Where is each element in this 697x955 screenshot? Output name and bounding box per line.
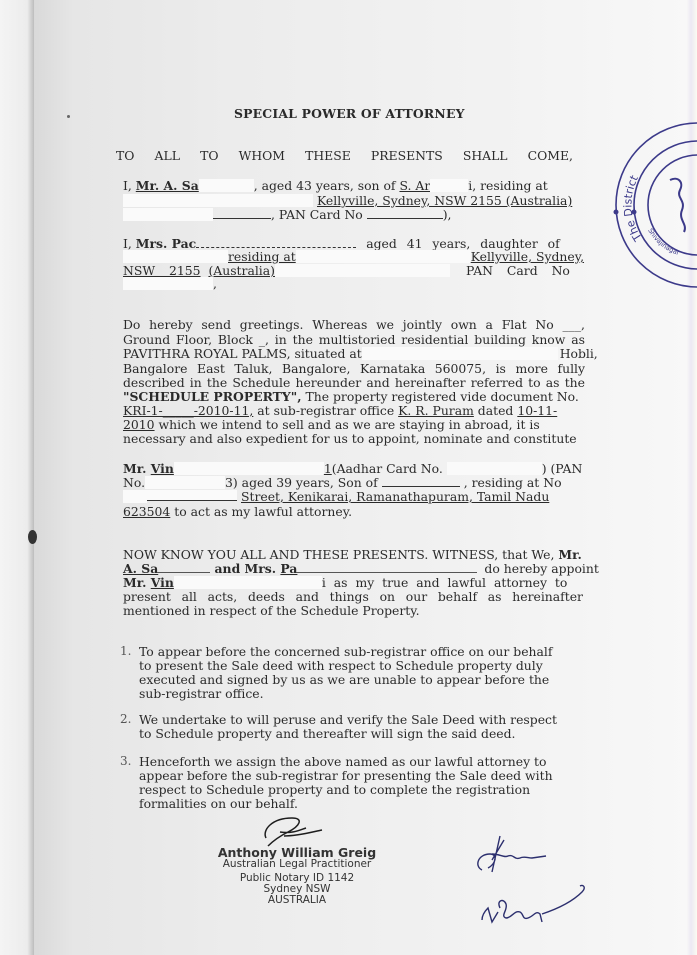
text: Hobli,	[560, 346, 598, 361]
redaction	[447, 462, 542, 475]
address: Kellyville, Sydney, NSW 2155 (Australia)	[317, 193, 572, 208]
text: Mr.	[123, 461, 151, 476]
text: I,	[123, 236, 136, 251]
schedule-property-label: "SCHEDULE PROPERTY",	[123, 389, 302, 404]
recital-line: Do hereby send greetings. Whereas we joi…	[123, 318, 585, 333]
clause-line: formalities on our behalf.	[139, 797, 298, 812]
salutation-word: WHOM	[239, 149, 285, 164]
salutation-word: COME,	[528, 149, 573, 164]
text: , PAN Card No	[271, 207, 367, 222]
recital-line: necessary and also expedient for us to a…	[123, 432, 577, 447]
text: i as my true and lawful attorney to	[322, 575, 568, 590]
blank	[297, 562, 477, 573]
principal2-name: Pa	[280, 561, 297, 576]
text: NOW KNOW YOU ALL AND THESE PRESENTS. WIT…	[123, 547, 558, 562]
text: (Aadhar Card No.	[332, 461, 447, 476]
binding-edge	[0, 0, 34, 955]
redaction	[174, 462, 324, 475]
salutation-word: SHALL	[463, 149, 508, 164]
document-title: SPECIAL POWER OF ATTORNEY	[234, 106, 465, 121]
pan-blank	[367, 208, 443, 219]
redaction	[123, 208, 213, 221]
text: ) (PAN	[542, 461, 583, 476]
punch-hole	[28, 530, 37, 544]
pin-code: 623504	[123, 504, 170, 519]
principal2-name: Mrs. Pac	[136, 236, 196, 251]
text: Mr.	[558, 547, 581, 562]
address: Street, Kenikarai, Ramanathapuram, Tamil…	[241, 489, 549, 504]
address: Kellyville, Sydney,	[471, 249, 584, 264]
salutation-word: PRESENTS	[371, 149, 443, 164]
document-number: KRI-1-_____-2010-11,	[123, 403, 253, 418]
witness-line5: mentioned in respect of the Schedule Pro…	[123, 604, 420, 619]
attorney-name: Vin	[151, 575, 174, 590]
salutation-word: TO	[200, 149, 218, 164]
clause-line: sub-registrar office.	[139, 687, 264, 702]
blank	[196, 237, 356, 248]
salutation-word: TO	[116, 149, 134, 164]
text: residing at	[228, 249, 296, 264]
redaction	[174, 576, 322, 589]
attorney-line4: 623504 to act as my lawful attorney.	[123, 505, 352, 520]
blank	[158, 562, 210, 573]
redaction	[199, 179, 254, 192]
party1-line3: , PAN Card No ),	[123, 208, 452, 223]
text: , aged 43 years, son of	[254, 178, 400, 193]
redaction	[145, 476, 225, 489]
text: ),	[443, 207, 452, 222]
principal-signatures	[470, 830, 600, 935]
notary-country: AUSTRALIA	[212, 895, 382, 906]
redaction	[123, 277, 213, 290]
district-stamp: The District Shivajinagar R	[600, 120, 697, 290]
clause-line: to Schedule property and thereafter will…	[139, 727, 516, 742]
text: 3) aged 39 years, Son of	[225, 475, 378, 490]
clause-number: 2.	[120, 712, 131, 726]
principal1-name: A. Sa	[123, 561, 158, 576]
text: do hereby appoint	[484, 561, 598, 576]
redaction	[123, 250, 228, 263]
clause-number: 3.	[120, 754, 131, 768]
registration-date: 10-11-	[517, 403, 557, 418]
text: to act as my lawful attorney.	[170, 504, 352, 519]
text: Mr.	[123, 575, 151, 590]
redaction	[362, 347, 558, 360]
principal1-signature	[478, 836, 546, 872]
principal2-signature	[482, 885, 584, 922]
text: , residing at No	[464, 475, 562, 490]
text: NSW 2155	[123, 263, 201, 278]
text: at sub-registrar office	[253, 403, 398, 418]
redaction	[123, 194, 313, 207]
text: ,	[213, 276, 217, 291]
text: i, residing at	[468, 178, 548, 193]
blank	[213, 208, 271, 219]
text: (Australia)	[208, 263, 275, 278]
text: No.	[123, 475, 145, 490]
salutation: TO ALL TO WHOM THESE PRESENTS SHALL COME…	[116, 149, 573, 164]
speck	[67, 115, 70, 118]
blank	[382, 476, 460, 487]
text: I,	[123, 178, 136, 193]
party2-line4: ,	[123, 277, 217, 292]
principal1-name: Mr. A. Sa	[136, 178, 199, 193]
attorney-name: Vin	[151, 461, 174, 476]
notary-role: Australian Legal Practitioner	[212, 859, 382, 870]
text: which we intend to sell and as we are st…	[155, 417, 540, 432]
registrar-office: K. R. Puram	[398, 403, 474, 418]
text: 1	[324, 461, 332, 476]
stamp-text: The District	[621, 172, 645, 244]
father-name: S. Ar	[399, 178, 430, 193]
attorney-line3: Street, Kenikarai, Ramanathapuram, Tamil…	[123, 490, 549, 505]
text: and Mrs.	[210, 561, 280, 576]
text: PAVITHRA ROYAL PALMS, situated at	[123, 346, 362, 361]
text: PAN Card No	[466, 263, 570, 278]
clause-number: 1.	[120, 644, 131, 658]
text: The property registered vide document No…	[302, 389, 579, 404]
redaction	[123, 490, 147, 503]
redaction	[275, 264, 450, 277]
registration-year: 2010	[123, 417, 155, 432]
redaction	[430, 179, 468, 192]
blank	[147, 490, 237, 501]
party1-line1: I, Mr. A. Sa, aged 43 years, son of S. A…	[123, 179, 548, 194]
salutation-word: THESE	[305, 149, 351, 164]
notary-block: Anthony William Greig Australian Legal P…	[212, 846, 382, 906]
recital-line: PAVITHRA ROYAL PALMS, situated atHobli,	[123, 347, 598, 362]
redaction	[296, 250, 471, 263]
salutation-word: ALL	[155, 149, 180, 164]
text: dated	[474, 403, 517, 418]
